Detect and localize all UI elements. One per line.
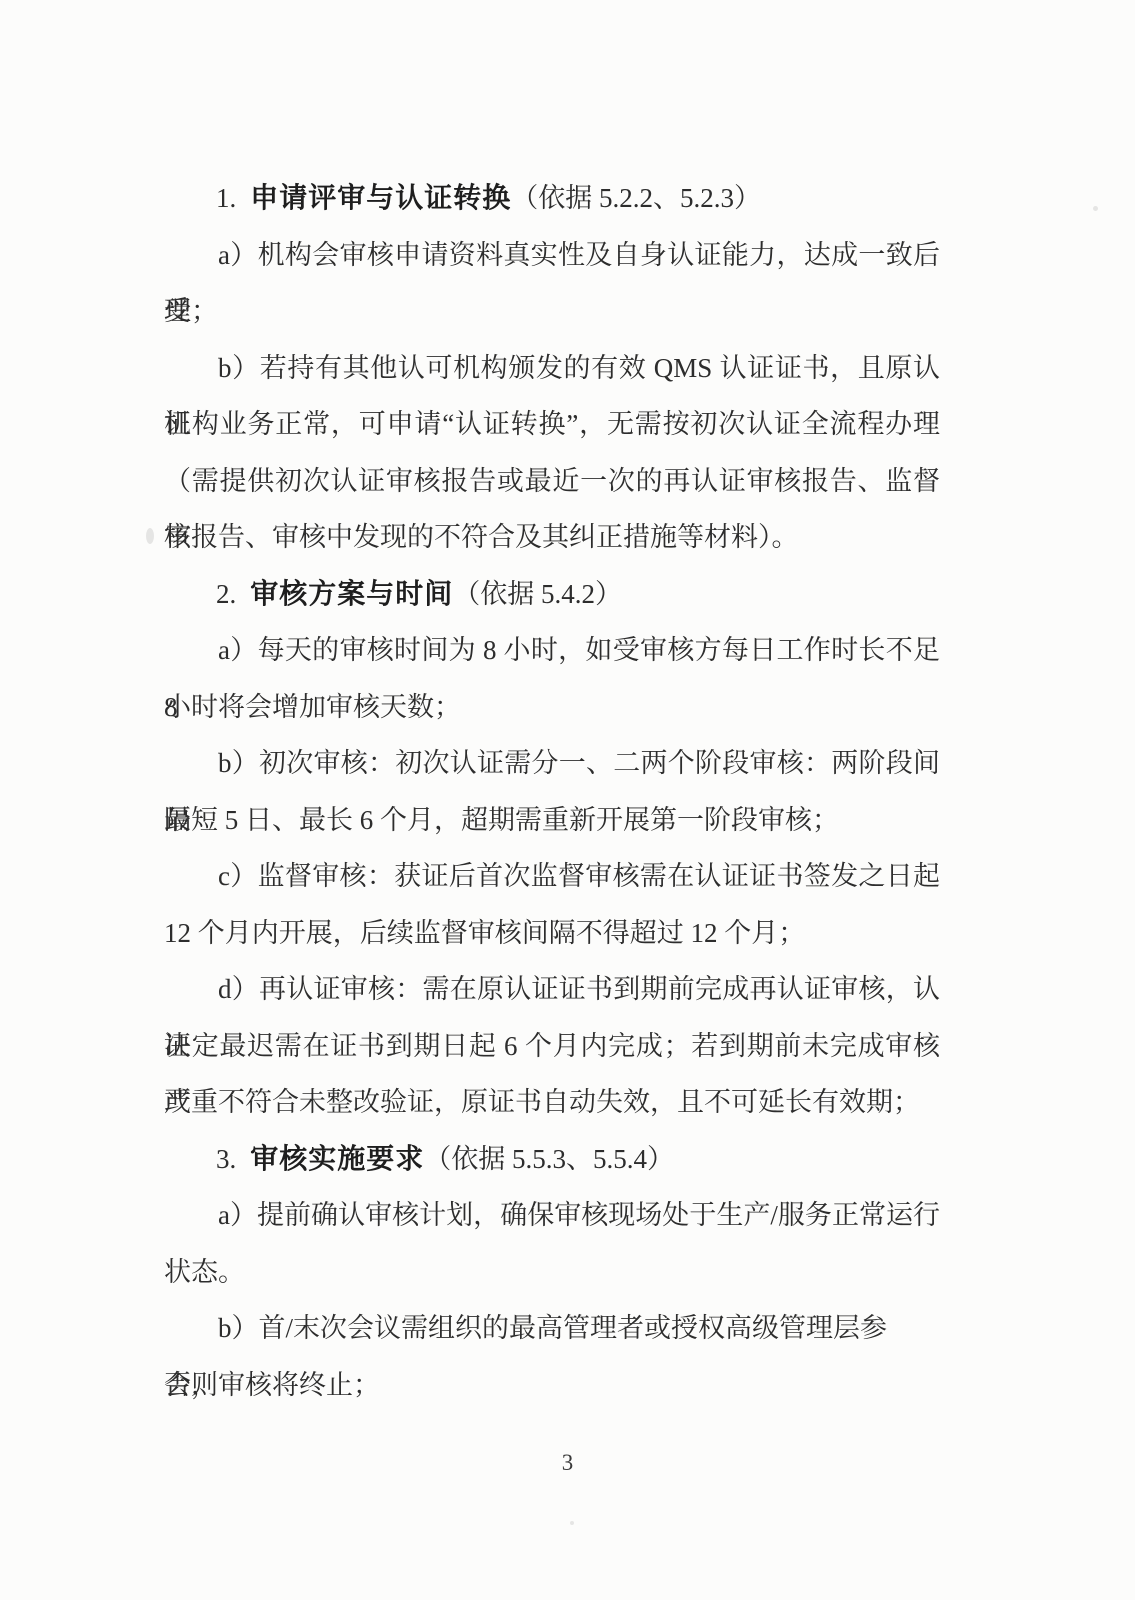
text-line: （需提供初次认证审核报告或最近一次的再认证审核报告、监督审 (164, 453, 940, 510)
section-1-reference: （依据 5.2.2、5.2.3） (511, 183, 761, 213)
text-line: 否则审核将终止； (164, 1357, 940, 1414)
text-line: a）机构会审核申请资料真实性及自身认证能力，达成一致后受 (164, 227, 940, 284)
scan-artifact (146, 528, 154, 544)
text-line: b）初次审核：初次认证需分一、二两个阶段审核：两阶段间隔 (164, 735, 940, 792)
text-line: 最短 5 日、最长 6 个月，超期需重新开展第一阶段审核； (164, 792, 940, 849)
scan-artifact (570, 1521, 574, 1525)
section-3-reference: （依据 5.5.3、5.5.4） (424, 1144, 674, 1174)
section-1-title: 申请评审与认证转换 (250, 183, 511, 214)
text-line: c）监督审核：获证后首次监督审核需在认证证书签发之日起 (164, 848, 940, 905)
text-line: d）再认证审核：需在原认证证书到期前完成再认证审核，认证 (164, 961, 940, 1018)
section-2-number: 2. (216, 579, 236, 609)
page-number: 3 (0, 1448, 1135, 1478)
section-2-heading: 2.审核方案与时间（依据 5.4.2） (164, 566, 940, 623)
section-3-title: 审核实施要求 (250, 1144, 424, 1175)
section-3-heading: 3.审核实施要求（依据 5.5.3、5.5.4） (164, 1131, 940, 1188)
text-line: 严重不符合未整改验证，原证书自动失效，且不可延长有效期； (164, 1074, 940, 1131)
section-1-number: 1. (216, 183, 236, 213)
text-line: 状态。 (164, 1244, 940, 1301)
section-2-reference: （依据 5.4.2） (453, 579, 622, 609)
text-line: 核报告、审核中发现的不符合及其纠正措施等材料）。 (164, 509, 940, 566)
text-line: 决定最迟需在证书到期日起 6 个月内完成；若到期前未完成审核或 (164, 1018, 940, 1075)
text-line: 机构业务正常，可申请“认证转换”，无需按初次认证全流程办理 (164, 396, 940, 453)
text-line: b）首/末次会议需组织的最高管理者或授权高级管理层参会， (164, 1300, 940, 1357)
section-2-title: 审核方案与时间 (250, 579, 453, 610)
text-line: a）每天的审核时间为 8 小时，如受审核方每日工作时长不足 8 (164, 622, 940, 679)
section-1-heading: 1.申请评审与认证转换（依据 5.2.2、5.2.3） (164, 170, 940, 227)
text-line: 12 个月内开展，后续监督审核间隔不得超过 12 个月； (164, 905, 940, 962)
document-body: 1.申请评审与认证转换（依据 5.2.2、5.2.3） a）机构会审核申请资料真… (164, 170, 940, 1413)
text-line: 小时将会增加审核天数； (164, 679, 940, 736)
scan-artifact (1093, 206, 1098, 211)
text-line: 理； (164, 283, 940, 340)
text-line: a）提前确认审核计划，确保审核现场处于生产/服务正常运行 (164, 1187, 940, 1244)
section-3-number: 3. (216, 1144, 236, 1174)
text-line: b）若持有其他认可机构颁发的有效 QMS 认证证书，且原认证 (164, 340, 940, 397)
document-page: 1.申请评审与认证转换（依据 5.2.2、5.2.3） a）机构会审核申请资料真… (0, 0, 1135, 1600)
